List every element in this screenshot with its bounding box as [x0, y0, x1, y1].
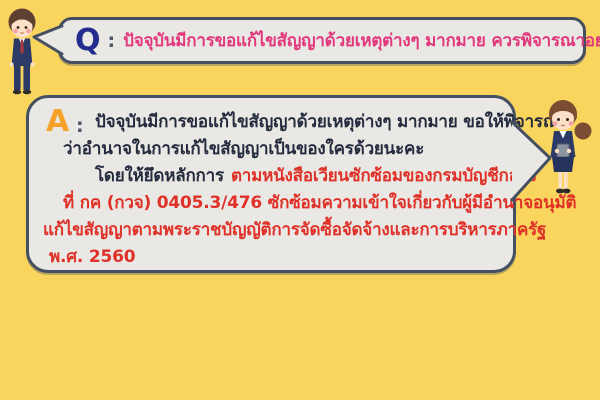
- answer-separator: :: [76, 115, 84, 137]
- question-label: Q: [75, 26, 101, 56]
- answer-line-3: โดยให้ยึดหลักการตามหนังสือเวียนซักซ้อมขอ…: [95, 162, 536, 189]
- question-separator: :: [108, 30, 116, 52]
- answer-bubble: A : ปัจจุบันมีการขอแก้ไขสัญญาด้วยเหตุต่า…: [26, 95, 516, 273]
- answer-line-3-lead: โดยให้ยึดหลักการ: [95, 166, 224, 186]
- answer-line-6: พ.ศ. 2560: [49, 243, 135, 270]
- question-bubble: Q : ปัจจุบันมีการขอแก้ไขสัญญาด้วยเหตุต่า…: [58, 17, 586, 64]
- answer-line-1: ปัจจุบันมีการขอแก้ไขสัญญาด้วยเหตุต่างๆ ม…: [95, 108, 568, 135]
- answer-line-4: ที่ กค (กวจ) 0405.3/476 ซักซ้อมความเข้าใ…: [63, 189, 576, 216]
- answer-line-2: ว่าอำนาจในการแก้ไขสัญญาเป็นของใครด้วยนะค…: [63, 135, 424, 162]
- answer-label: A: [46, 107, 69, 137]
- man-character-illustration: [2, 6, 42, 98]
- answer-line-5: แก้ไขสัญญาตามพระราชบัญญัติการจัดซื้อจัดจ…: [43, 216, 546, 243]
- woman-character-illustration: [538, 97, 594, 199]
- qa-infographic-canvas: Q : ปัจจุบันมีการขอแก้ไขสัญญาด้วยเหตุต่า…: [0, 0, 600, 400]
- answer-line-3-highlight: ตามหนังสือเวียนซักซ้อมของกรมบัญชีกลาง: [231, 166, 536, 186]
- question-text: ปัจจุบันมีการขอแก้ไขสัญญาด้วยเหตุต่างๆ ม…: [123, 27, 600, 54]
